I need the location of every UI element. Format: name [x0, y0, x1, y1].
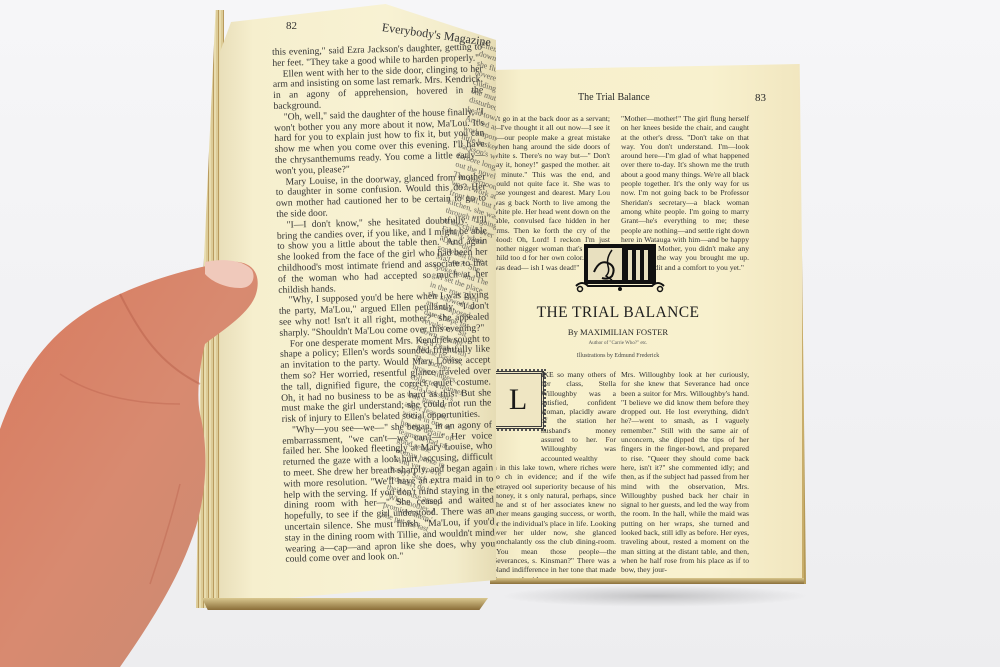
story-lede: IKE so many others of her class, Stella …	[493, 370, 616, 463]
illustration-credit: Illustrations by Edmund Frederick	[528, 353, 708, 359]
photo-scene: The Trial Balance 83 n't go in at the ba…	[0, 0, 1000, 667]
story-title: THE TRIAL BALANCE	[528, 304, 708, 322]
right-page: The Trial Balance 83 n't go in at the ba…	[490, 64, 806, 584]
column-bottom-left: IKE so many others of her class, Stella …	[493, 370, 616, 584]
story-byline: By MAXIMILIAN FOSTER	[528, 327, 708, 337]
text-block: Mrs. Willoughby look at her curiously, f…	[621, 370, 749, 575]
page-number-left: 82	[286, 20, 297, 32]
page-shadow	[500, 585, 810, 607]
page-edge	[490, 578, 804, 584]
paragraph: Ellen went with her to the side door, cl…	[273, 64, 484, 113]
hand-holding-book-icon	[0, 254, 262, 667]
author-note: Author of "Carrie Who?" etc.	[528, 341, 708, 346]
art-nouveau-headpiece-icon	[572, 242, 668, 294]
text-block: n in this lake town, where riches were s…	[493, 463, 616, 584]
running-head-right: The Trial Balance	[578, 92, 650, 103]
column-bottom-right: Mrs. Willoughby look at her curiously, f…	[621, 370, 749, 575]
page-number-right: 83	[755, 92, 766, 104]
paragraph: "Oh, well," said the daughter of the hou…	[274, 107, 486, 177]
